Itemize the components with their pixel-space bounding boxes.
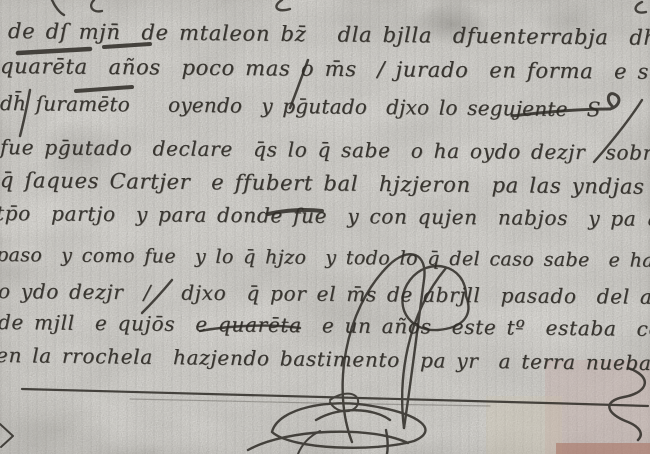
cut-off-stroke-bottom-left: [0, 424, 13, 447]
cut-off-strokes-top: [52, 0, 646, 15]
underline-strokes: [18, 44, 322, 331]
ink-flourish-layer: [0, 0, 650, 454]
line-filler-stroke: [512, 94, 642, 162]
rubric-flourish: [248, 254, 468, 454]
tall-slash-strokes: [20, 60, 308, 313]
manuscript-page: de dſ mjn̄ de mtaleon bz̄ dla bjlla dfue…: [0, 0, 650, 454]
